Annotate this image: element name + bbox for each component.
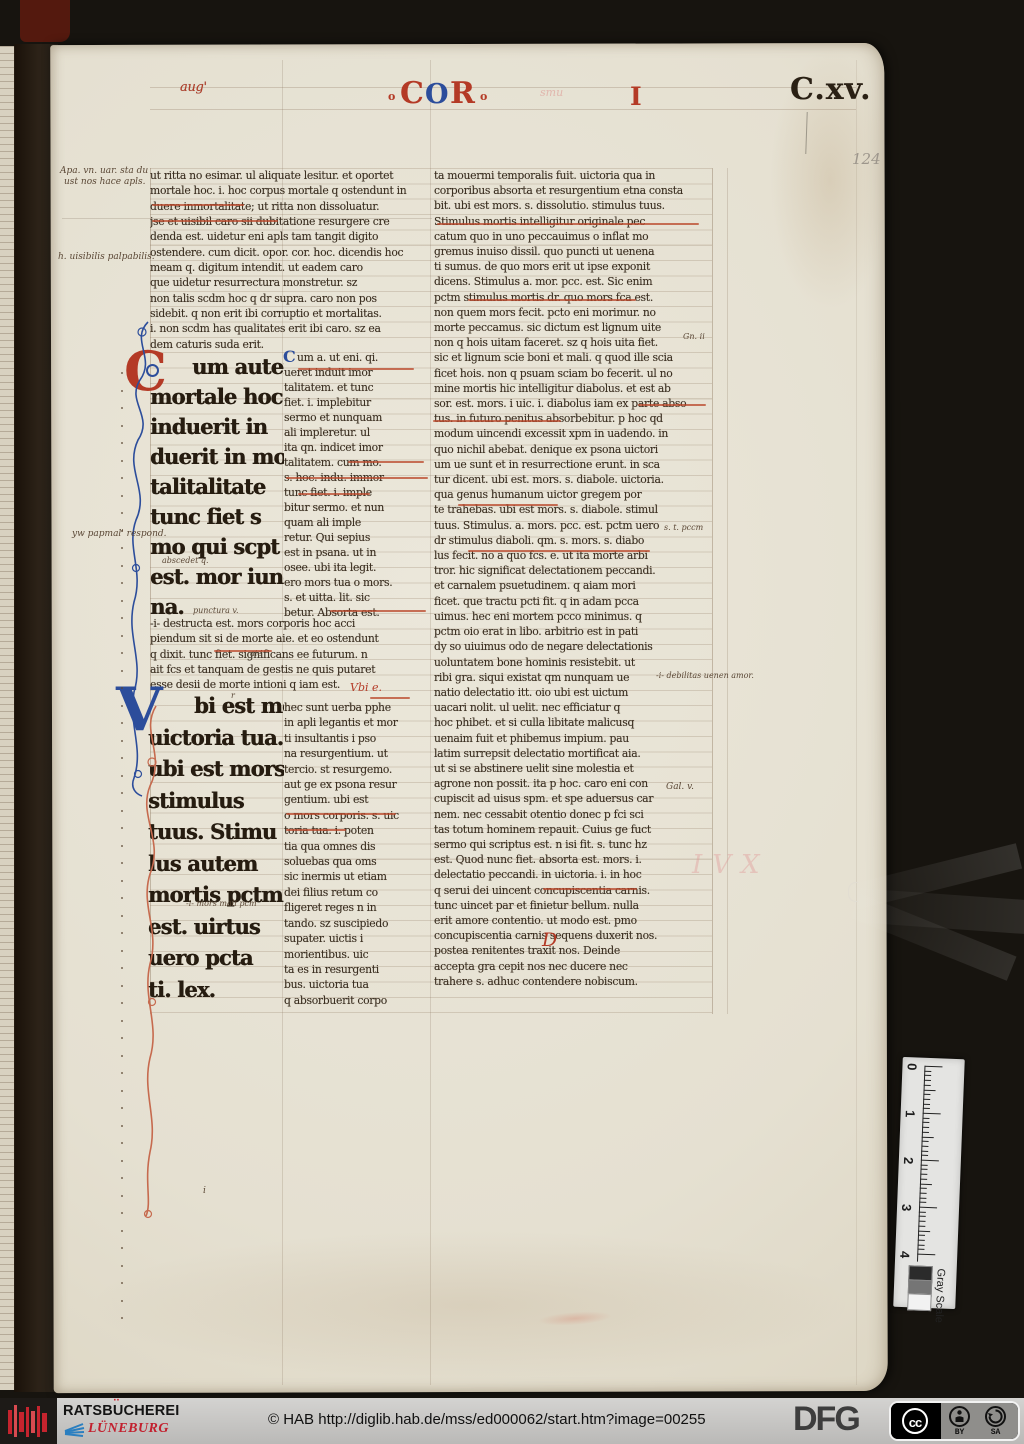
margin-rule: [856, 60, 857, 1385]
margin-note: s. t. pccm: [664, 523, 703, 532]
red-underline: [152, 204, 244, 206]
prick-mark: [121, 1107, 123, 1109]
book-strap: [848, 818, 1024, 1028]
prick-mark: [121, 880, 123, 882]
chapter-number: C.xv.: [790, 72, 872, 107]
prick-mark: [121, 1300, 123, 1302]
bridge-block: -i- destructa est. mors corporis hoc acc…: [150, 616, 432, 694]
margin-note: Vbi e.: [350, 681, 382, 694]
facing-page-edge: [0, 46, 15, 1390]
book-fan-icon: [63, 1422, 85, 1439]
running-header-left: aug': [180, 80, 207, 95]
cc-sa-label: SA: [983, 1428, 1008, 1437]
prick-mark: [121, 897, 123, 899]
prick-mark: [121, 1282, 123, 1284]
prick-mark: [121, 687, 123, 689]
red-underline: [458, 504, 558, 506]
prick-mark: [121, 1265, 123, 1267]
red-underline: [286, 477, 428, 479]
prick-mark: [121, 967, 123, 969]
title-flourish: o: [480, 90, 487, 103]
cc-by-label: BY: [947, 1428, 972, 1437]
red-underline: [370, 697, 410, 699]
margin-note: Apa. vn. uar. sta du: [60, 166, 148, 176]
red-underline: [437, 223, 699, 225]
cc-license-badge: cc BY SA: [889, 1401, 1020, 1441]
grayscale-patch: [907, 1293, 932, 1311]
prick-mark: [121, 1072, 123, 1074]
prick-mark: [121, 407, 123, 409]
prick-mark: [121, 950, 123, 952]
copyright-url: © HAB http://diglib.hab.de/mss/ed000062/…: [268, 1411, 706, 1428]
logo-dark-block: [0, 1398, 57, 1444]
prick-mark: [121, 1212, 123, 1214]
red-underline: [214, 650, 272, 652]
prick-mark: [121, 1247, 123, 1249]
footer-bar: RATSBUCHEREI LÜNEBURG © HAB http://digli…: [0, 1398, 1024, 1444]
cc-icon: cc: [902, 1408, 928, 1434]
ratsbuecherei-bars-icon: [0, 1398, 57, 1444]
prick-mark: [121, 1020, 123, 1022]
digitized-manuscript-viewer: aug' o C O R o I C.xv. ut ritta no esima…: [0, 0, 1024, 1444]
prick-mark: [121, 530, 123, 532]
margin-note: punctura v.: [193, 606, 239, 615]
library-name-part: CHEREI: [124, 1403, 180, 1419]
prick-mark: [121, 810, 123, 812]
prick-mark: [121, 477, 123, 479]
prick-mark: [121, 425, 123, 427]
prick-mark: [121, 372, 123, 374]
grayscale-ruler: 01234 Gray Scale: [893, 1057, 965, 1309]
prick-mark: [121, 985, 123, 987]
margin-note: Gal. v.: [666, 782, 694, 792]
prick-mark: [121, 932, 123, 934]
column-rule: [712, 168, 713, 1014]
library-name-umlaut: U: [113, 1403, 124, 1419]
prick-mark: [121, 460, 123, 462]
cc-logo-section: cc: [891, 1403, 941, 1439]
red-underline: [543, 888, 637, 890]
grayscale-label: Gray Scale: [933, 1268, 947, 1323]
prick-mark: [121, 652, 123, 654]
red-penwork-flourish: [126, 702, 172, 1222]
margin-note: IVX: [692, 850, 770, 880]
cc-sa-icon: [985, 1406, 1006, 1427]
parchment-stain: [90, 1230, 850, 1380]
margin-note: -i- mors mali pcm: [186, 899, 257, 908]
red-underline: [298, 493, 370, 495]
red-underline: [433, 420, 561, 422]
red-underline: [468, 550, 650, 552]
gloss-column-block-2: hec sunt uerba pphe in apli legantis et …: [284, 700, 430, 1010]
red-underline: [348, 461, 424, 463]
margin-note: -i- debilitas uenen amor.: [656, 671, 754, 680]
prick-mark: [121, 740, 123, 742]
margin-note: abscedet q.: [162, 556, 209, 565]
prick-mark: [121, 915, 123, 917]
book-number: I: [630, 82, 642, 111]
lemma-block-1: um autem mortale hoc induerit in duerit …: [150, 352, 284, 624]
gloss-column-block-1: um a. ut eni. qi. ueret induit imor tali…: [284, 350, 430, 622]
title-letter-o: O: [425, 79, 449, 110]
prick-mark: [121, 1055, 123, 1057]
prick-mark: [121, 495, 123, 497]
prick-mark: [121, 670, 123, 672]
prick-mark: [121, 1317, 123, 1319]
running-title: o C O R o: [388, 76, 518, 116]
title-flourish: o: [388, 90, 395, 103]
prick-mark: [121, 565, 123, 567]
margin-note: ust nos hace apls.: [64, 177, 145, 187]
margin-note: D: [542, 929, 557, 951]
margin-note: i: [203, 1186, 206, 1196]
prick-mark: [121, 1037, 123, 1039]
library-city: LÜNEBURG: [88, 1421, 169, 1437]
prick-mark: [121, 705, 123, 707]
library-name-part: RATSB: [63, 1403, 113, 1419]
dfg-logo: DFG: [793, 1400, 859, 1439]
prick-mark: [121, 1160, 123, 1162]
title-letter-r: R: [450, 76, 475, 111]
prick-mark: [121, 582, 123, 584]
prick-mark: [121, 1195, 123, 1197]
binding-leather: [20, 0, 70, 42]
margin-note: yw papmal' respond.: [72, 529, 167, 539]
cc-terms-section: BY SA: [941, 1403, 1018, 1439]
prick-mark: [121, 1230, 123, 1232]
prick-mark: [121, 635, 123, 637]
commentary-top-block: ut ritta no esimar. ul aliquate lesitur.…: [150, 168, 432, 354]
prick-mark: [121, 1142, 123, 1144]
margin-note: smu: [540, 86, 563, 99]
red-underline: [330, 610, 426, 612]
margin-note: r: [231, 691, 235, 700]
prick-mark: [121, 1002, 123, 1004]
prick-mark: [121, 512, 123, 514]
margin-note: 124: [852, 150, 881, 168]
prick-mark: [121, 390, 123, 392]
commentary-right-column: ta mouermi temporalis fuit. uictoria qua…: [434, 168, 712, 992]
prick-mark: [121, 600, 123, 602]
red-underline: [152, 220, 278, 222]
red-underline: [468, 299, 636, 301]
prick-mark: [121, 862, 123, 864]
grayscale-patches: [893, 1057, 965, 1309]
prick-mark: [121, 845, 123, 847]
cc-by-icon: [949, 1406, 970, 1427]
prick-mark: [121, 792, 123, 794]
prick-mark: [121, 827, 123, 829]
library-name: RATSBUCHEREI: [63, 1403, 180, 1419]
title-letter-c: C: [400, 76, 424, 111]
gloss-initial-c: C: [283, 347, 296, 366]
prick-mark: [121, 1125, 123, 1127]
prick-mark: [121, 1090, 123, 1092]
red-underline: [298, 368, 414, 370]
prick-mark: [121, 617, 123, 619]
prick-mark: [121, 757, 123, 759]
red-underline: [286, 813, 396, 815]
red-underline: [286, 829, 346, 831]
prick-mark: [121, 722, 123, 724]
margin-note: Gn. ii: [683, 332, 705, 341]
column-rule: [727, 168, 728, 1014]
red-underline: [638, 404, 706, 406]
prick-mark: [121, 547, 123, 549]
prick-mark: [121, 1177, 123, 1179]
prick-mark: [121, 775, 123, 777]
margin-note: h. uisibilis palpabilis.: [58, 252, 155, 262]
prick-mark: [121, 442, 123, 444]
